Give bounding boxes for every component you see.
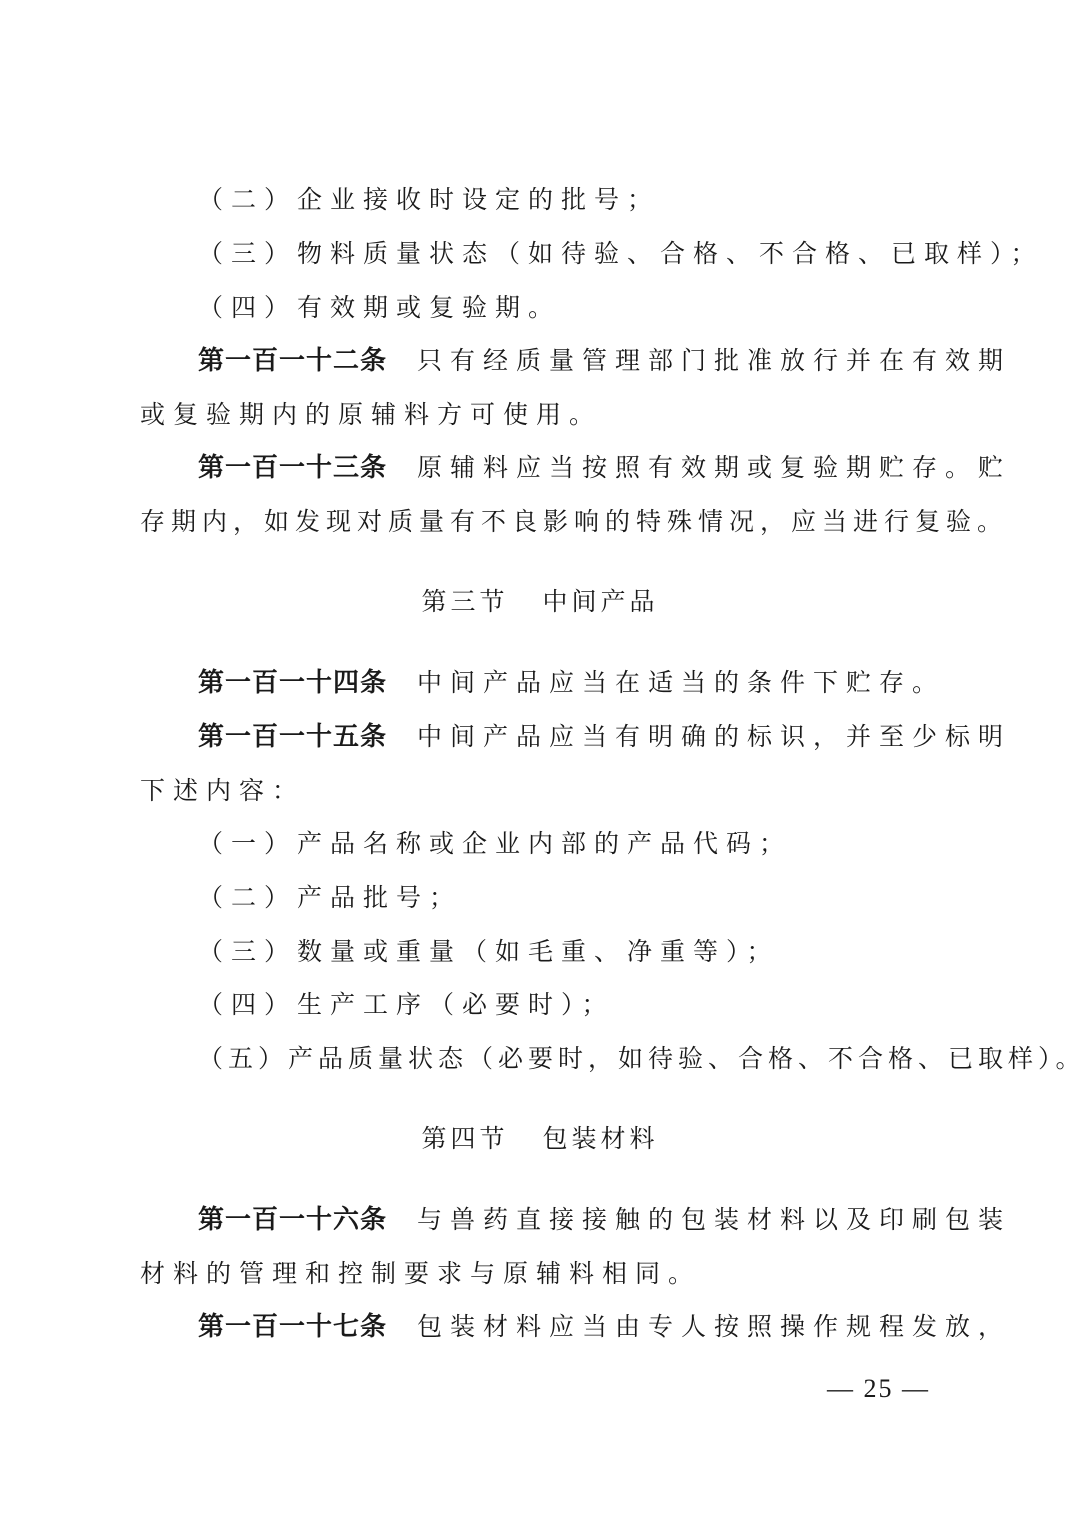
article-label: 第一百一十七条 xyxy=(198,1312,387,1342)
list-item: （一）产品名称或企业内部的产品代码； xyxy=(140,817,940,871)
article-117: 第一百一十七条包装材料应当由专人按照操作规程发放， xyxy=(140,1300,940,1354)
article-label: 第一百一十六条 xyxy=(198,1205,387,1235)
article-label: 第一百一十二条 xyxy=(198,346,387,376)
section-title: 包装材料 xyxy=(543,1124,659,1153)
section-label: 第四节 xyxy=(421,1124,508,1153)
list-item-text: （二）企业接收时设定的批号； xyxy=(198,185,660,214)
page-number: — 25 — xyxy=(827,1374,930,1404)
list-item-text: （五）产品质量状态（必要时，如待验、合格、不合格、已取样）。 xyxy=(198,1044,1080,1073)
list-item-text: （四）有效期或复验期。 xyxy=(198,293,561,322)
list-item: （三）物料质量状态（如待验、合格、不合格、已取样）； xyxy=(140,227,940,281)
list-item-text: （一）产品名称或企业内部的产品代码； xyxy=(198,829,792,858)
list-item: （五）产品质量状态（必要时，如待验、合格、不合格、已取样）。 xyxy=(140,1032,940,1086)
article-113: 第一百一十三条原辅料应当按照有效期或复验期贮存。贮 xyxy=(140,441,940,495)
list-item: （四）有效期或复验期。 xyxy=(140,281,940,335)
paragraph-continuation: 材料的管理和控制要求与原辅料相同。 xyxy=(140,1247,940,1301)
list-item: （二）产品批号； xyxy=(140,871,940,925)
paragraph-text: 存期内，如发现对质量有不良影响的特殊情况，应当进行复验。 xyxy=(140,507,1008,536)
article-label: 第一百一十五条 xyxy=(198,722,387,752)
paragraph-continuation: 或复验期内的原辅料方可使用。 xyxy=(140,388,940,442)
article-116: 第一百一十六条与兽药直接接触的包装材料以及印刷包装 xyxy=(140,1193,940,1247)
list-item: （三）数量或重量（如毛重、净重等）； xyxy=(140,925,940,979)
list-item: （四）生产工序（必要时）； xyxy=(140,978,940,1032)
list-item-text: （四）生产工序（必要时）； xyxy=(198,990,615,1019)
paragraph-continuation: 下述内容： xyxy=(140,764,940,818)
paragraph-text: 下述内容： xyxy=(140,776,305,805)
article-label: 第一百一十三条 xyxy=(198,453,387,483)
article-text: 中间产品应当在适当的条件下贮存。 xyxy=(417,668,945,697)
article-115: 第一百一十五条中间产品应当有明确的标识，并至少标明 xyxy=(140,710,940,764)
article-112: 第一百一十二条只有经质量管理部门批准放行并在有效期 xyxy=(140,334,940,388)
list-item-text: （二）产品批号； xyxy=(198,883,462,912)
paragraph-continuation: 存期内，如发现对质量有不良影响的特殊情况，应当进行复验。 xyxy=(140,495,940,549)
article-text: 包装材料应当由专人按照操作规程发放， xyxy=(417,1312,1011,1341)
article-label: 第一百一十四条 xyxy=(198,668,387,698)
list-item-text: （三）物料质量状态（如待验、合格、不合格、已取样）； xyxy=(198,239,1044,268)
article-text: 只有经质量管理部门批准放行并在有效期 xyxy=(417,346,1011,375)
list-item-text: （三）数量或重量（如毛重、净重等）； xyxy=(198,937,780,966)
article-text: 原辅料应当按照有效期或复验期贮存。贮 xyxy=(417,453,1011,482)
list-item: （二）企业接收时设定的批号； xyxy=(140,173,940,227)
section-title: 中间产品 xyxy=(543,587,659,616)
section-label: 第三节 xyxy=(421,587,508,616)
article-text: 中间产品应当有明确的标识，并至少标明 xyxy=(417,722,1011,751)
section-heading-3: 第三节中间产品 xyxy=(140,575,940,629)
article-114: 第一百一十四条中间产品应当在适当的条件下贮存。 xyxy=(140,656,940,710)
paragraph-text: 材料的管理和控制要求与原辅料相同。 xyxy=(140,1259,701,1288)
article-text: 与兽药直接接触的包装材料以及印刷包装 xyxy=(417,1205,1011,1234)
paragraph-text: 或复验期内的原辅料方可使用。 xyxy=(140,400,602,429)
section-heading-4: 第四节包装材料 xyxy=(140,1112,940,1166)
